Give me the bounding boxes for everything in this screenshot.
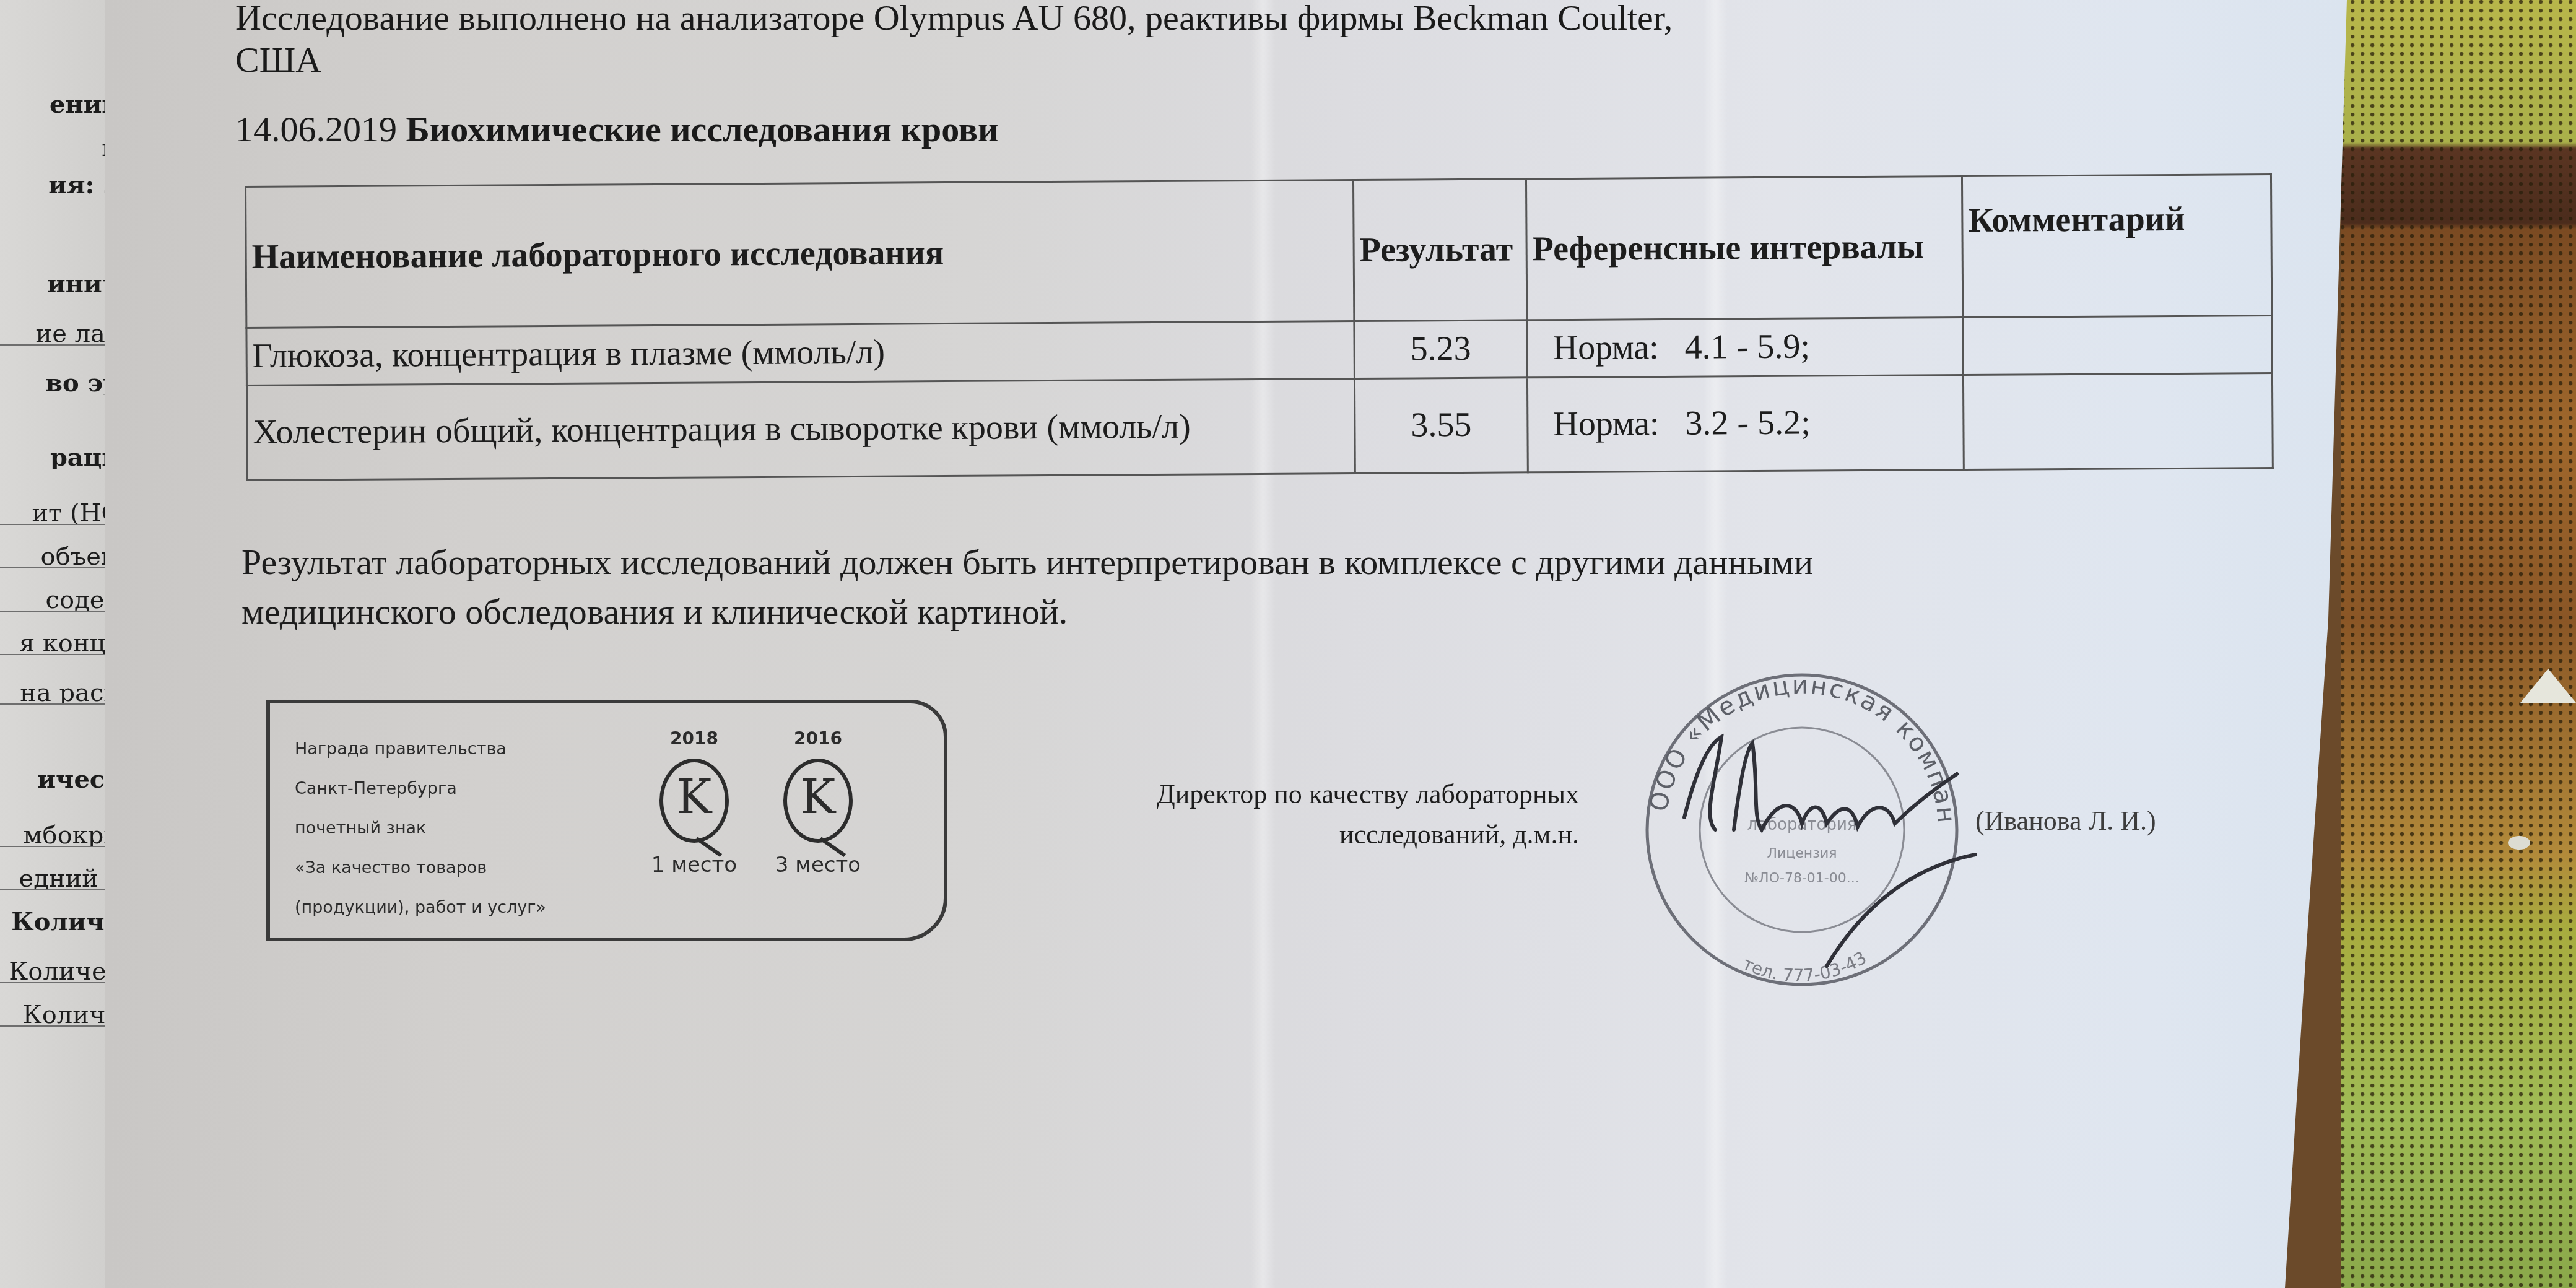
svg-text:ООО «Медицинская компания «Гем: ООО «Медицинская компания «Гемостаз» bbox=[1591, 644, 1960, 826]
test-name: Холестерин общий, концентрация в сыворот… bbox=[246, 379, 1355, 481]
fabric-pattern-triangle bbox=[2520, 669, 2576, 703]
lab-report-page: Исследование выполнено на анализаторе Ol… bbox=[105, 0, 2359, 1288]
results-table: Наименование лабораторного исследования … bbox=[245, 173, 2274, 481]
analyzer-info: Исследование выполнено на анализаторе Ol… bbox=[235, 0, 1673, 36]
award-line: Награда правительства bbox=[295, 729, 546, 769]
section-heading: 14.06.2019 Биохимические исследования кр… bbox=[235, 111, 998, 147]
award-medal: 2018 K 1 место bbox=[642, 728, 747, 877]
report-date: 14.06.2019 bbox=[235, 109, 397, 149]
quality-award-box: Награда правительства Санкт-Петербурга п… bbox=[266, 700, 947, 941]
test-result: 5.23 bbox=[1354, 320, 1528, 379]
section-title: Биохимические исследования крови bbox=[406, 109, 999, 149]
award-medal: 2016 K 3 место bbox=[765, 728, 871, 877]
medal-year: 2016 bbox=[765, 728, 871, 749]
award-line: (продукции), работ и услуг» bbox=[295, 888, 546, 928]
company-stamp-icon: ООО «Медицинская компания «Гемостаз» тел… bbox=[1591, 644, 2012, 1003]
column-header-test-name: Наименование лабораторного исследования bbox=[246, 180, 1354, 328]
director-title: Директор по качеству лабораторных исслед… bbox=[1022, 774, 1579, 855]
test-name: Глюкоза, концентрация в плазме (ммоль/л) bbox=[246, 321, 1355, 386]
medal-place: 3 место bbox=[765, 853, 871, 877]
svg-text:№ЛО-78-01-00...: №ЛО-78-01-00... bbox=[1744, 871, 1860, 886]
award-line: «За качество товаров bbox=[295, 848, 546, 888]
reference-range: Норма: 4.1 - 5.9; bbox=[1527, 318, 1964, 378]
award-line: почетный знак bbox=[295, 809, 546, 848]
medal-place: 1 место bbox=[642, 853, 747, 877]
test-result: 3.55 bbox=[1354, 378, 1528, 474]
director-title-line: исследований, д.м.н. bbox=[1022, 814, 1579, 855]
quality-mark-icon: K bbox=[659, 759, 729, 839]
fabric-background bbox=[2341, 0, 2576, 1288]
reference-range: Норма: 3.2 - 5.2; bbox=[1527, 375, 1964, 472]
signatory-name: (Иванова Л. И.) bbox=[1975, 805, 2156, 837]
column-header-reference: Референсные интервалы bbox=[1526, 176, 1962, 320]
quality-mark-icon: K bbox=[783, 759, 853, 839]
svg-text:Лицензия: Лицензия bbox=[1767, 846, 1837, 861]
interpretation-note: Результат лабораторных исследований долж… bbox=[241, 537, 1813, 637]
table-row: Холестерин общий, концентрация в сыворот… bbox=[246, 373, 2273, 481]
fabric-pattern-dot bbox=[2508, 836, 2530, 850]
analyzer-info-cont: США bbox=[235, 42, 321, 78]
comment bbox=[1963, 316, 2273, 375]
column-header-result: Результат bbox=[1353, 179, 1526, 321]
award-line: Санкт-Петербурга bbox=[295, 769, 546, 809]
award-description: Награда правительства Санкт-Петербурга п… bbox=[295, 729, 546, 928]
table-header-row: Наименование лабораторного исследования … bbox=[246, 175, 2272, 328]
director-title-line: Директор по качеству лабораторных bbox=[1022, 774, 1579, 814]
note-line: Результат лабораторных исследований долж… bbox=[241, 537, 1813, 587]
note-line: медицинского обследования и клинической … bbox=[241, 587, 1813, 637]
comment bbox=[1963, 373, 2273, 470]
medal-year: 2018 bbox=[642, 728, 747, 749]
column-header-comment: Комментарий bbox=[1962, 175, 2271, 318]
